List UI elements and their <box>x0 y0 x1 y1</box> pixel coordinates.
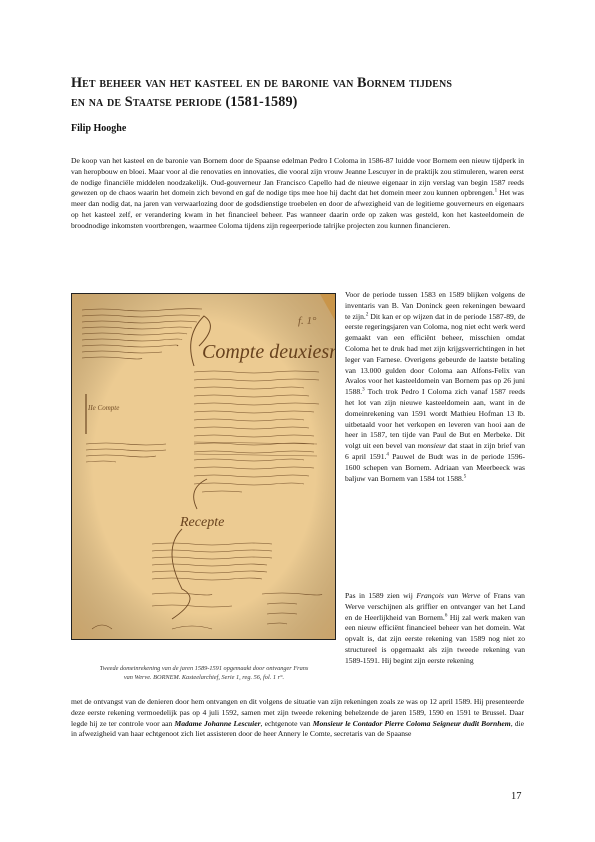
text: , echtgenote van <box>261 719 313 728</box>
bottom-paragraph: met de ontvangst van de denieren door he… <box>71 697 524 740</box>
svg-text:Recepte: Recepte <box>179 515 224 530</box>
intro-paragraph: De koop van het kasteel en de baronie va… <box>71 156 524 232</box>
svg-text:IIe Compte: IIe Compte <box>87 404 119 412</box>
caption-line-2: van Werve. BORNEM. Kasteelarchief, Serie… <box>66 674 342 683</box>
intro-text: De koop van het kasteel en de baronie va… <box>71 156 524 197</box>
title-line-2: en na de Staatse periode (1581-1589) <box>71 93 541 112</box>
heading-text: Compte deuxiesme <box>202 341 336 363</box>
manuscript-image-icon: Compte deuxiesme Recepte f. 1° IIe Compt… <box>72 294 336 640</box>
text: Dit kan er op wijzen dat in de periode 1… <box>345 312 525 397</box>
author-name: Filip Hooghe <box>71 123 126 134</box>
text: Pas in 1589 zien wij <box>345 591 416 600</box>
svg-text:f. 1°: f. 1° <box>298 315 317 327</box>
right-column-paragraph-1: Voor de periode tussen 1583 en 1589 blij… <box>345 290 525 484</box>
caption-line-1: Tweede domeinrekening van de jaren 1589-… <box>66 665 342 674</box>
italic-name: Monsieur le Contador Pierre Coloma Seign… <box>313 719 511 728</box>
italic-term: monsieur <box>418 441 446 450</box>
italic-name: François van Werve <box>416 591 480 600</box>
title-line-1: Het beheer van het kasteel en de baronie… <box>71 74 541 93</box>
article-title: Het beheer van het kasteel en de baronie… <box>71 74 541 112</box>
right-column-paragraph-2: Pas in 1589 zien wij François van Werve … <box>345 591 525 667</box>
figure-caption: Tweede domeinrekening van de jaren 1589-… <box>66 665 342 682</box>
page-number: 17 <box>511 791 522 802</box>
footnote-ref: 5 <box>464 474 467 479</box>
manuscript-figure: Compte deuxiesme Recepte f. 1° IIe Compt… <box>71 293 336 640</box>
italic-name: Madame Johanne Lescuier <box>174 719 260 728</box>
